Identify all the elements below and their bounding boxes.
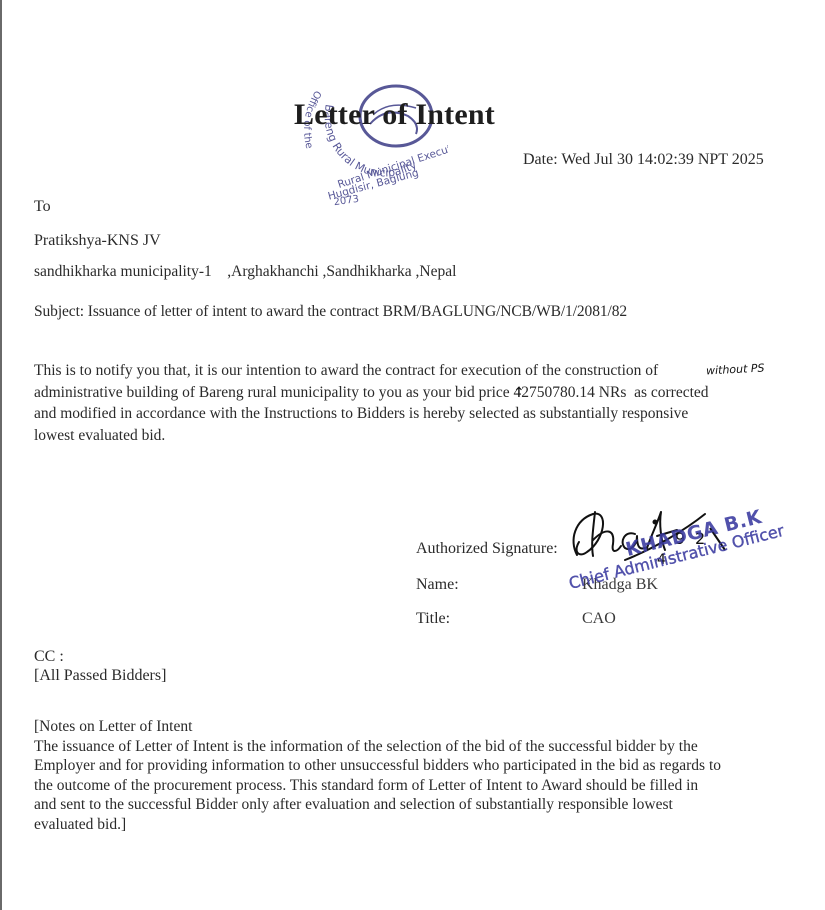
title-label: Title:: [416, 610, 450, 628]
svg-text:Rural Municipal Executive: Rural Municipal Executive: [336, 138, 448, 191]
cc-label: CC :: [34, 648, 64, 666]
notes-line: Employer and for providing information t…: [34, 756, 794, 776]
municipal-seal-stamp: Office of the Bareng Rural Municipality …: [298, 76, 448, 206]
recipient-address: sandhikharka municipality-1 ,Arghakhanch…: [34, 263, 456, 281]
body-line: lowest evaluated bid.: [34, 425, 774, 447]
body-paragraph: This is to notify you that, it is our in…: [34, 360, 774, 446]
cc-recipients: [All Passed Bidders]: [34, 667, 166, 685]
document-date: Date: Wed Jul 30 14:02:39 NPT 2025: [523, 151, 764, 169]
body-line: and modified in accordance with the Inst…: [34, 403, 774, 425]
document-title: Letter of Intent: [294, 98, 495, 132]
notes-line: and sent to the successful Bidder only a…: [34, 795, 794, 815]
signatory-title: CAO: [582, 610, 616, 628]
recipient-name: Pratikshya-KNS JV: [34, 232, 161, 250]
notes-line: [Notes on Letter of Intent: [34, 717, 794, 737]
name-label: Name:: [416, 576, 459, 594]
body-line: This is to notify you that, it is our in…: [34, 360, 774, 382]
scan-page-edge: [0, 0, 2, 910]
svg-text:Hugdisir, Baglung: Hugdisir, Baglung: [327, 167, 420, 203]
notes-section: [Notes on Letter of Intent The issuance …: [34, 717, 794, 834]
svg-text:2073: 2073: [333, 194, 360, 206]
notes-line: the outcome of the procurement process. …: [34, 776, 794, 796]
signature-label: Authorized Signature:: [416, 540, 558, 558]
notes-line: evaluated bid.]: [34, 815, 794, 835]
insertion-caret-mark: ↑: [513, 385, 525, 401]
body-line: administrative building of Bareng rural …: [34, 382, 774, 404]
notes-line: The issuance of Letter of Intent is the …: [34, 737, 794, 757]
to-label: To: [34, 198, 51, 216]
subject-line: Subject: Issuance of letter of intent to…: [34, 303, 627, 321]
